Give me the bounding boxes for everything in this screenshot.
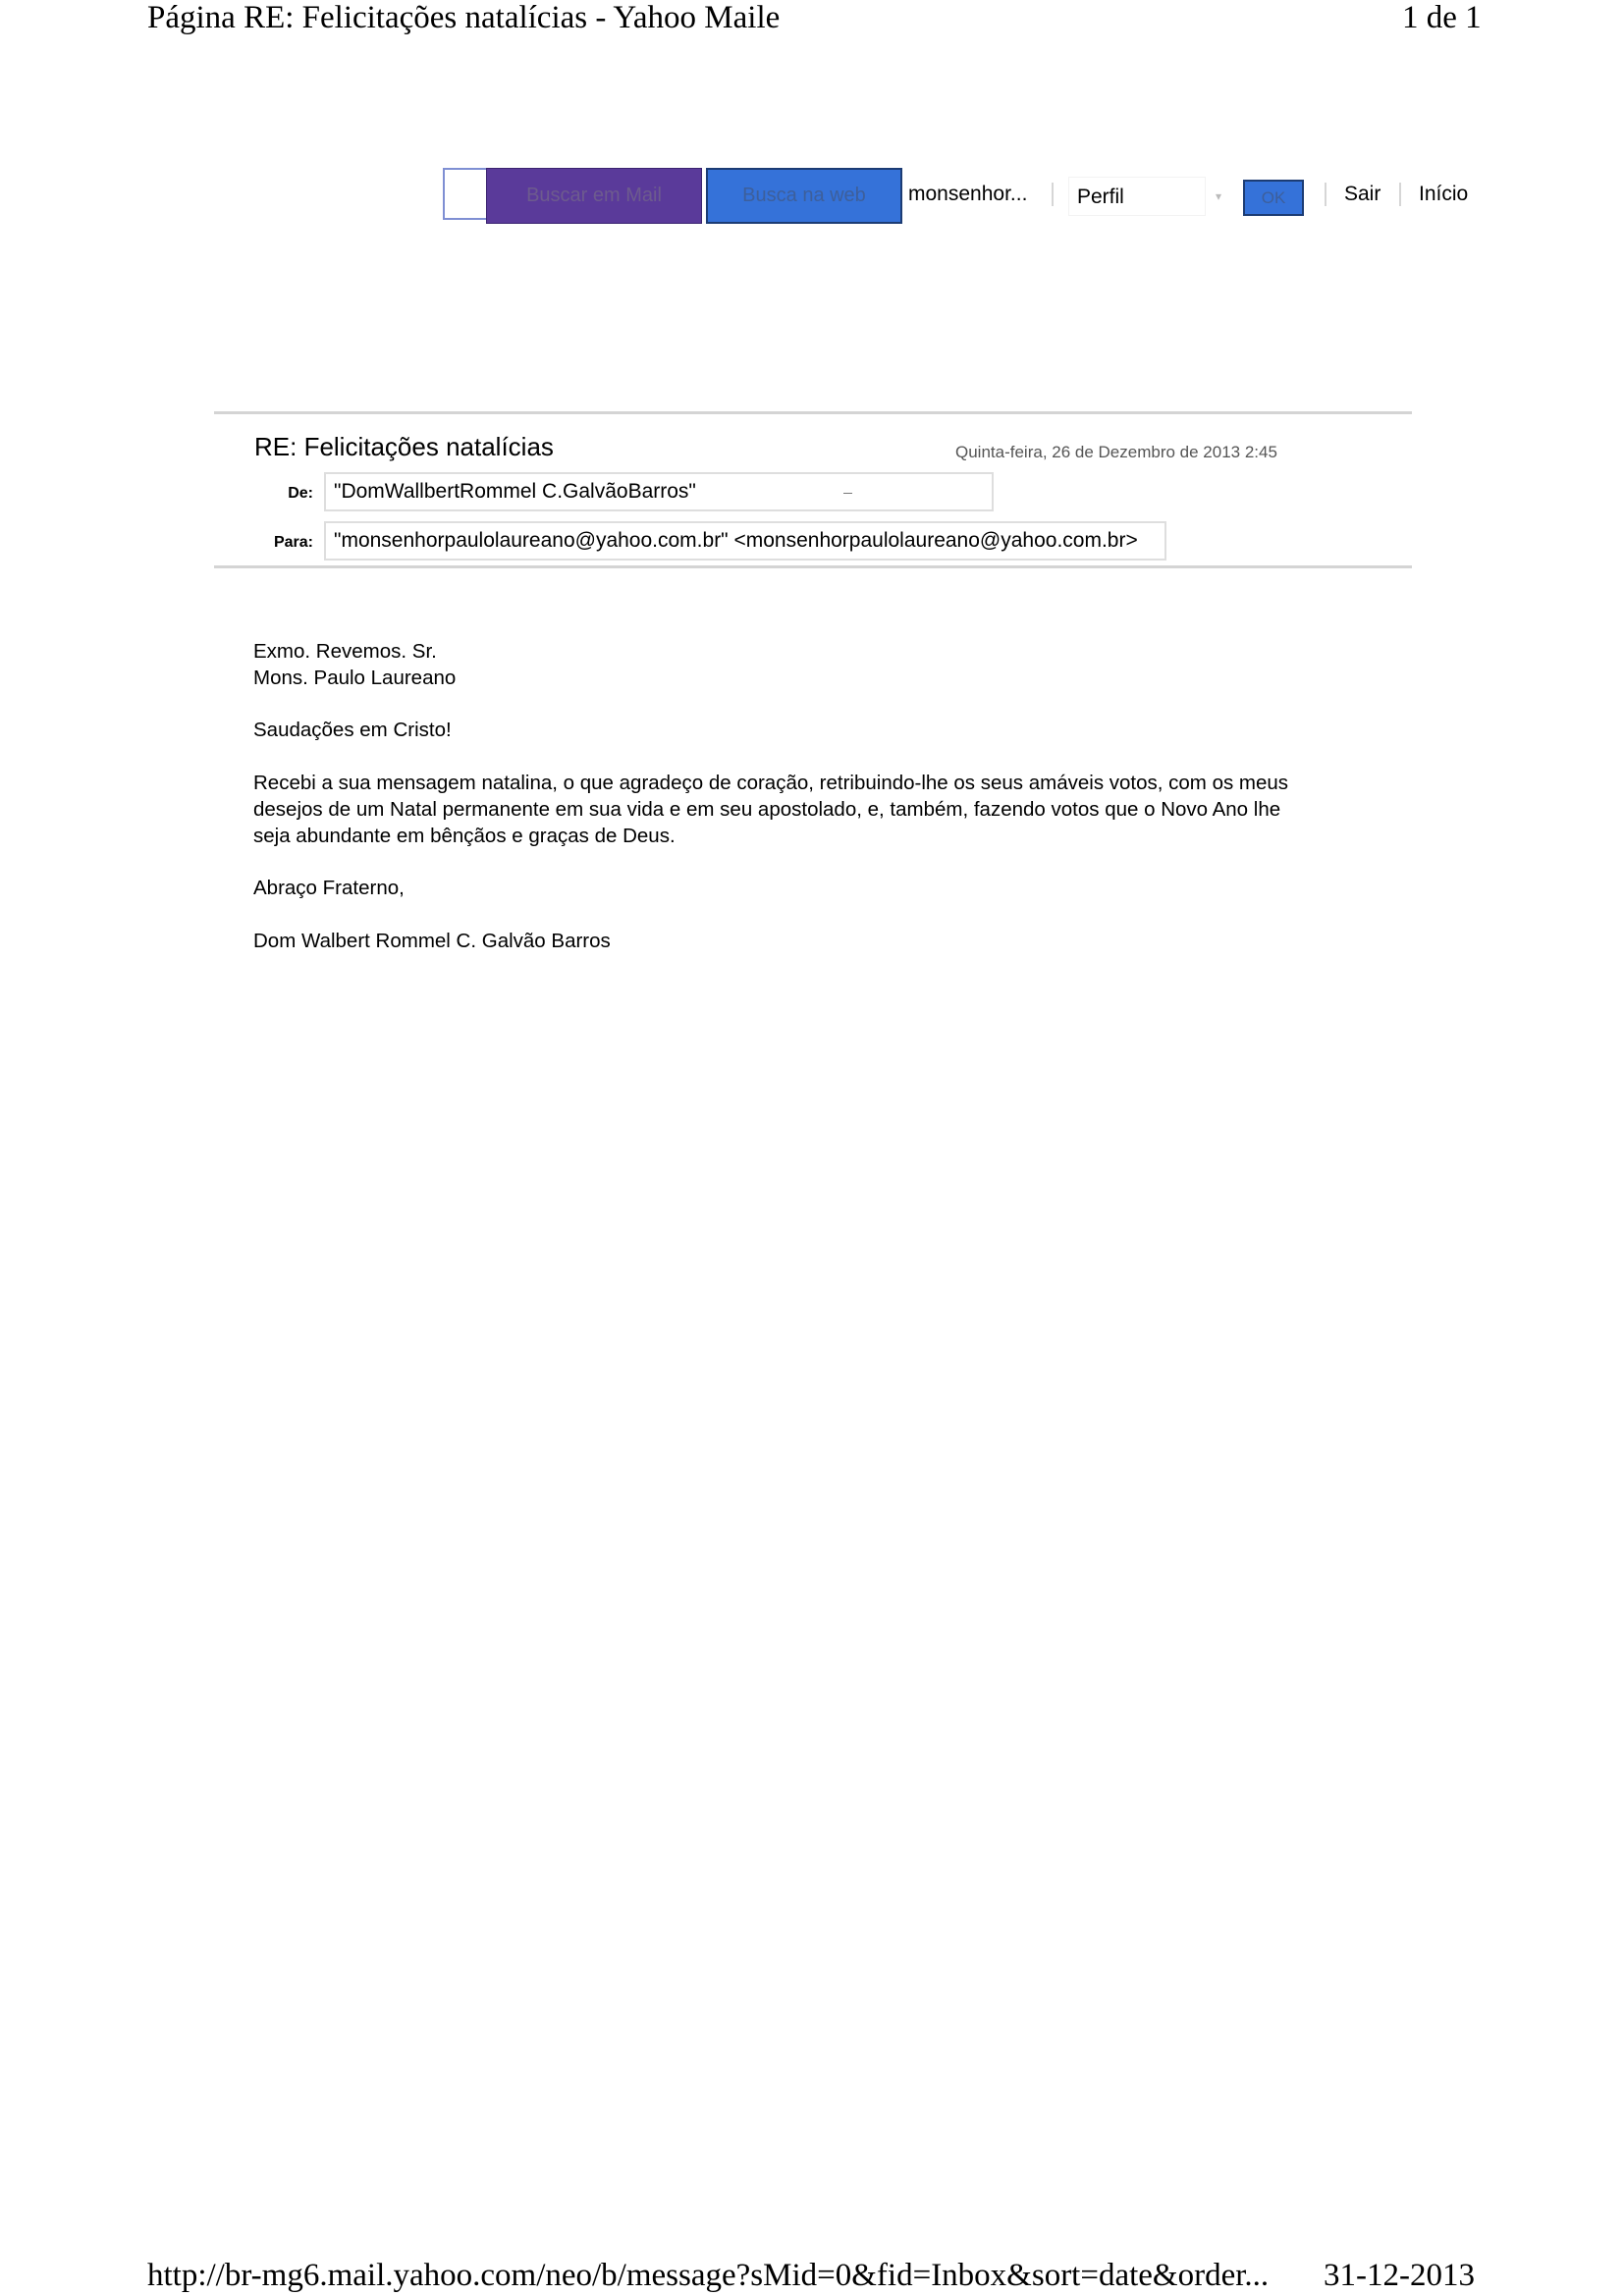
- toolbar-divider: [1325, 183, 1326, 206]
- message-body: Exmo. Revemos. Sr. Mons. Paulo Laureano …: [253, 639, 1373, 981]
- salutation-line: Exmo. Revemos. Sr.: [253, 640, 437, 663]
- cursor-mark: [843, 493, 852, 494]
- home-link[interactable]: Início: [1419, 183, 1468, 206]
- user-name[interactable]: monsenhor...: [908, 183, 1027, 206]
- header-bottom-rule: [214, 565, 1412, 568]
- print-page-title: Página RE: Felicitações natalícias - Yah…: [147, 0, 780, 37]
- profile-select-value: Perfil: [1077, 186, 1124, 208]
- dropdown-arrow-icon[interactable]: ▾: [1216, 189, 1221, 203]
- from-label: De:: [254, 485, 313, 503]
- message-date: Quinta-feira, 26 de Dezembro de 2013 2:4…: [955, 443, 1277, 462]
- to-field: "monsenhorpaulolaureano@yahoo.com.br" <m…: [324, 521, 1166, 561]
- ok-button[interactable]: OK: [1243, 180, 1304, 216]
- search-web-button[interactable]: Busca na web: [706, 168, 902, 224]
- print-url: http://br-mg6.mail.yahoo.com/neo/b/messa…: [147, 2256, 1269, 2295]
- paragraph-line: desejos de um Natal permanente em sua vi…: [253, 798, 1280, 821]
- toolbar-divider: [1399, 183, 1401, 206]
- search-mail-button[interactable]: Buscar em Mail: [486, 168, 702, 224]
- signature: Dom Walbert Rommel C. Galvão Barros: [253, 930, 611, 952]
- search-input[interactable]: [443, 168, 488, 220]
- sign-out-link[interactable]: Sair: [1344, 183, 1380, 206]
- print-date: 31-12-2013: [1324, 2256, 1475, 2295]
- header-top-rule: [214, 411, 1412, 414]
- greeting: Saudações em Cristo!: [253, 719, 452, 741]
- toolbar-divider: [1052, 183, 1054, 206]
- closing: Abraço Fraterno,: [253, 877, 405, 899]
- from-value[interactable]: "DomWallbertRommel C.GalvãoBarros": [334, 480, 696, 503]
- to-label: Para:: [254, 534, 313, 552]
- salutation-line: Mons. Paulo Laureano: [253, 667, 456, 689]
- print-page-indicator: 1 de 1: [1402, 0, 1482, 37]
- paragraph-line: Recebi a sua mensagem natalina, o que ag…: [253, 772, 1288, 794]
- from-field: "DomWallbertRommel C.GalvãoBarros": [324, 472, 994, 511]
- message-subject: RE: Felicitações natalícias: [254, 432, 554, 462]
- to-value[interactable]: "monsenhorpaulolaureano@yahoo.com.br" <m…: [334, 529, 1138, 552]
- profile-select[interactable]: Perfil: [1068, 177, 1206, 216]
- paragraph-line: seja abundante em bênçãos e graças de De…: [253, 825, 676, 847]
